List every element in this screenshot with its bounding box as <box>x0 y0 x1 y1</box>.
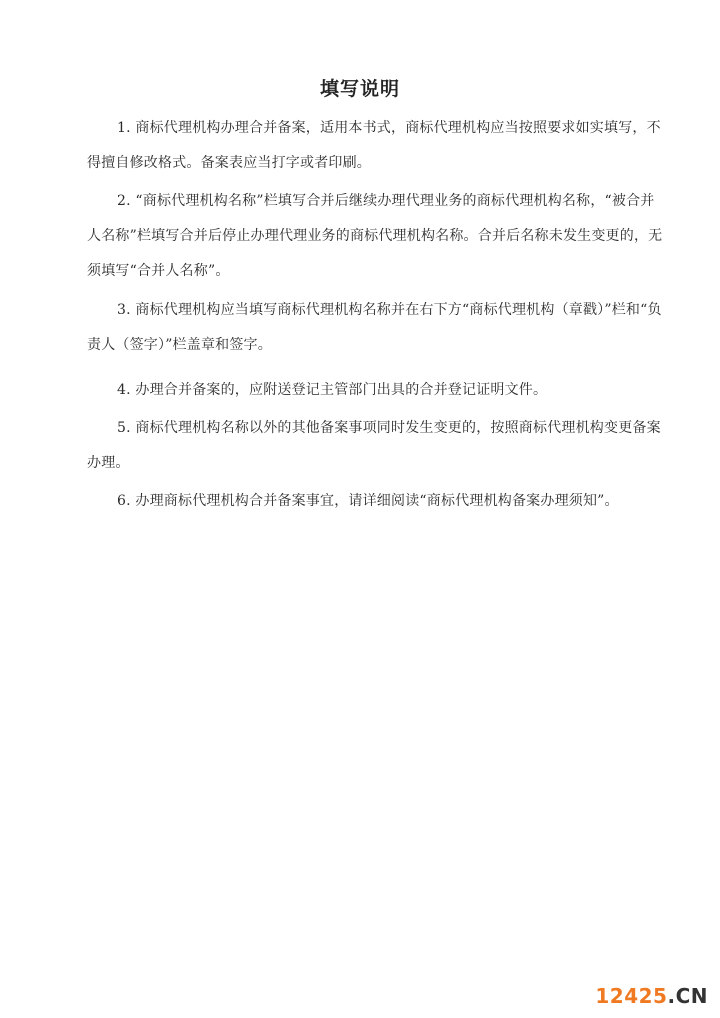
instruction-paragraph-6: 6. 办理商标代理机构合并备案事宜，请详细阅读“商标代理机构备案办理须知”。 <box>87 484 665 519</box>
document-title: 填写说明 <box>0 74 720 101</box>
site-watermark: 12425.CN <box>595 984 708 1008</box>
instruction-paragraph-3: 3. 商标代理机构应当填写商标代理机构名称并在右下方“商标代理机构（章戳）”栏和… <box>87 293 665 363</box>
watermark-number: 12425 <box>595 984 667 1008</box>
instruction-paragraph-4: 4. 办理合并备案的，应附送登记主管部门出具的合并登记证明文件。 <box>87 373 665 408</box>
instruction-paragraph-5: 5. 商标代理机构名称以外的其他备案事项同时发生变更的，按照商标代理机构变更备案… <box>87 411 665 481</box>
watermark-domain: .CN <box>667 984 708 1008</box>
document-page: 填写说明 1. 商标代理机构办理合并备案，适用本书式，商标代理机构应当按照要求如… <box>0 0 720 1018</box>
instruction-paragraph-1: 1. 商标代理机构办理合并备案，适用本书式，商标代理机构应当按照要求如实填写，不… <box>87 111 665 181</box>
instruction-paragraph-2: 2. “商标代理机构名称”栏填写合并后继续办理代理业务的商标代理机构名称，“被合… <box>87 184 665 289</box>
